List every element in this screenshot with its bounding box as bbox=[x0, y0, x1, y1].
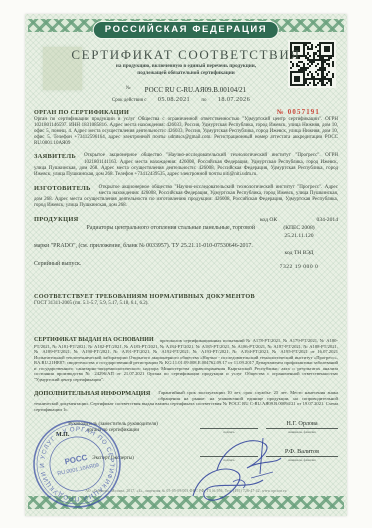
org-label: ОРГАН ПО СЕРТИФИКАЦИИ bbox=[34, 109, 129, 116]
certification-stamp: ОРГАН ПО СЕРТИФИКАЦИИ ПРОДУКЦИИ И УСЛУГ … bbox=[22, 409, 131, 518]
validity-label: Срок действия с bbox=[112, 98, 147, 103]
validity-to-label: по bbox=[201, 98, 206, 103]
code-ok-line3: 25.21.11.120 bbox=[260, 232, 338, 240]
applicant-text: Открытое акционерное общество "Научно-ис… bbox=[34, 153, 338, 176]
blank-number: № 0057191 bbox=[277, 109, 320, 116]
stamp-center-line2: RU.0001.10АЯ09 bbox=[57, 463, 100, 478]
spacer bbox=[34, 271, 338, 293]
code-tnved-value: 7322 19 000 0 bbox=[260, 263, 338, 271]
spacer bbox=[34, 307, 338, 333]
additional-section: ДОПОЛНИТЕЛЬНАЯ ИНФОРМАЦИЯ Гарантийный ср… bbox=[34, 390, 338, 412]
applicant-label: ЗАЯВИТЕЛЬ bbox=[34, 153, 76, 160]
code-ok-label: код ОК bbox=[260, 216, 277, 224]
certificate-number: РОСС RU C-RU.АЯ09.В.00104/21 bbox=[145, 86, 247, 94]
code-tnved-label: код ТН ВЭД bbox=[260, 249, 338, 257]
product-label: ПРОДУКЦИЯ bbox=[34, 216, 79, 223]
valid-from-date: 05.08.2021 bbox=[158, 96, 190, 103]
conforms-label: СООТВЕТСТВУЕТ ТРЕБОВАНИЯМ НОРМАТИВНЫХ ДО… bbox=[34, 293, 338, 300]
certificate-sheet: РОССИЙСКАЯ ФЕДЕРАЦИЯ СЕРТИФИКАТ СООТВЕТС… bbox=[0, 0, 372, 528]
basis-section: СЕРТИФИКАТ ВЫДАН НА ОСНОВАНИИ протоколов… bbox=[34, 338, 338, 382]
applicant-section: ЗАЯВИТЕЛЬ Открытое акционерное общество … bbox=[34, 153, 338, 177]
org-text: Орган по сертификации продукции и услуг … bbox=[34, 117, 338, 147]
head-name-text: Н.Г. Орлова bbox=[266, 420, 338, 427]
additional-label: ДОПОЛНИТЕЛЬНАЯ ИНФОРМАЦИЯ bbox=[34, 390, 150, 397]
validity-row: Срок действия с 05.08.2021 по 18.07.2026 bbox=[34, 96, 338, 103]
certificate-number-row: №РОСС RU C-RU.АЯ09.В.00104/21 bbox=[34, 86, 338, 94]
org-section-header: ОРГАН ПО СЕРТИФИКАЦИИ № 0057191 bbox=[34, 109, 338, 116]
certificate-subtitle-1: на продукцию, включенную в единый перече… bbox=[34, 63, 338, 70]
product-codes: код ОК 034-2014 (КПЕС 2008) 25.21.11.120… bbox=[260, 216, 338, 271]
certificate-form: РОССИЙСКАЯ ФЕДЕРАЦИЯ СЕРТИФИКАТ СООТВЕТС… bbox=[25, 14, 347, 516]
basis-text: протоколов сертификационных испытаний № … bbox=[34, 338, 338, 382]
certificate-content: СЕРТИФИКАТ СООТВЕТСТВИЯ на продукцию, вк… bbox=[34, 45, 338, 462]
valid-to-date: 18.07.2026 bbox=[218, 96, 250, 103]
product-section: ПРОДУКЦИЯ Радиаторы центрального отоплен… bbox=[34, 216, 338, 271]
code-ok-line2: (КПЕС 2008) bbox=[260, 224, 338, 232]
code-ok-value: 034-2014 bbox=[317, 216, 338, 224]
head-name: Н.Г. Орлова инициалы, фамилия bbox=[266, 420, 338, 434]
certificate-subtitle-2: подлежащей обязательной сертификации bbox=[34, 70, 338, 77]
manufacturer-section: ИЗГОТОВИТЕЛЬ Открытое акционерное общест… bbox=[34, 185, 338, 209]
head-signature-line: подпись bbox=[200, 418, 258, 434]
number-sign: № bbox=[126, 86, 131, 91]
product-text: Радиаторы центрального отопления стальны… bbox=[34, 225, 255, 267]
country-banner: РОССИЙСКАЯ ФЕДЕРАЦИЯ bbox=[93, 21, 279, 39]
manufacturer-label: ИЗГОТОВИТЕЛЬ bbox=[34, 185, 91, 192]
certificate-title: СЕРТИФИКАТ СООТВЕТСТВИЯ bbox=[34, 47, 338, 63]
expert-signature-ink bbox=[185, 458, 295, 506]
